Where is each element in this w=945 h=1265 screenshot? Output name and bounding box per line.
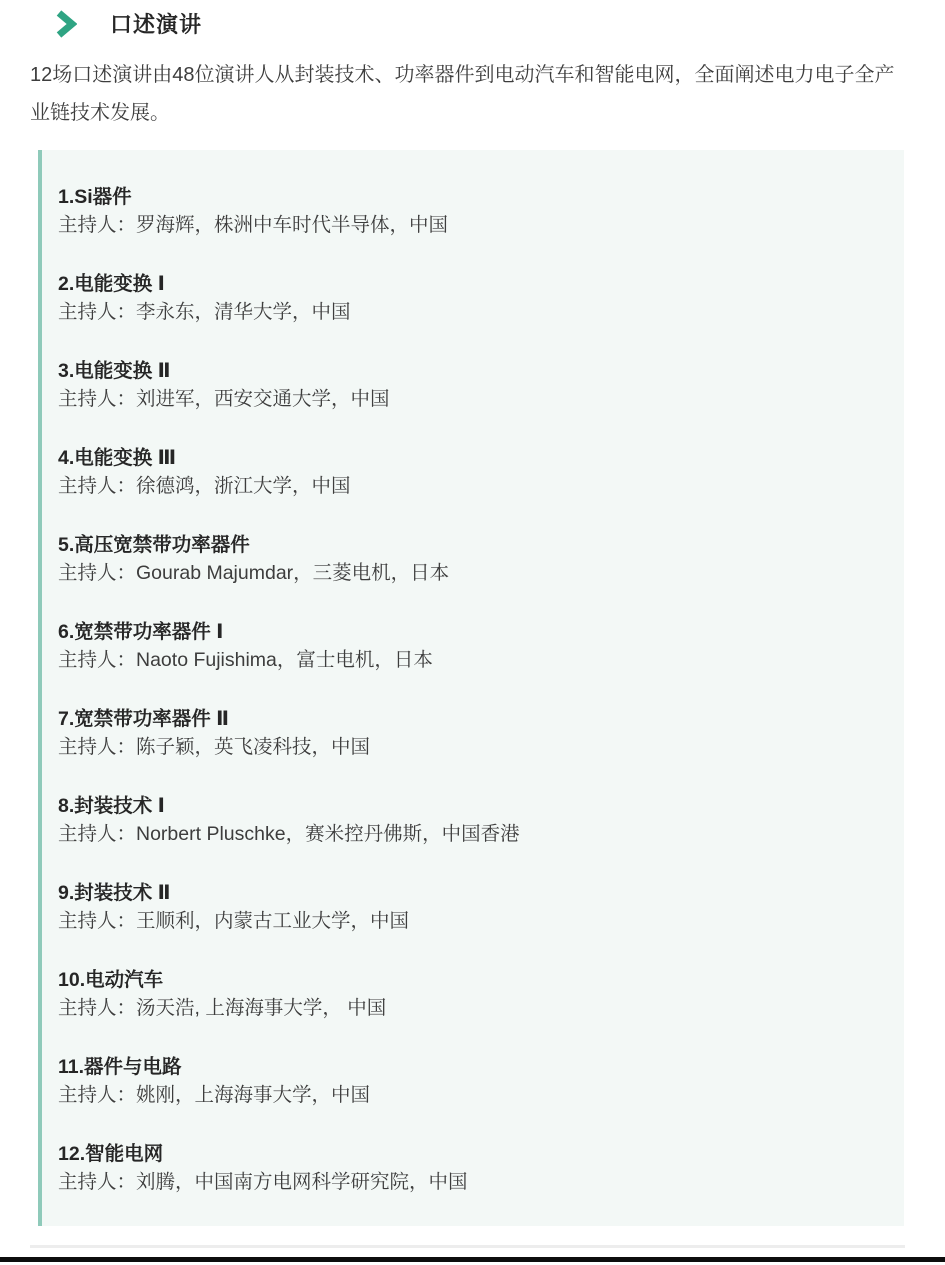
- session-title: 3.电能变换 Ⅱ: [58, 357, 884, 385]
- session-chair: 主持人：刘进军，西安交通大学，中国: [58, 385, 884, 413]
- horizontal-divider: [30, 1245, 905, 1248]
- page-title: 口述演讲: [110, 8, 202, 39]
- session-title: 2.电能变换 Ⅰ: [58, 270, 884, 298]
- session-title: 7.宽禁带功率器件 Ⅱ: [58, 705, 884, 733]
- session-title: 12.智能电网: [58, 1140, 884, 1168]
- session-chair: 主持人：Norbert Pluschke，赛米控丹佛斯，中国香港: [58, 820, 884, 848]
- session-chair: 主持人：Gourab Majumdar，三菱电机，日本: [58, 559, 884, 587]
- session-item: 12.智能电网 主持人：刘腾，中国南方电网科学研究院，中国: [58, 1140, 884, 1196]
- session-item: 11.器件与电路 主持人：姚刚，上海海事大学，中国: [58, 1053, 884, 1109]
- session-chair: 主持人：刘腾，中国南方电网科学研究院，中国: [58, 1168, 884, 1196]
- session-title: 1.Si器件: [58, 183, 884, 211]
- page: 口述演讲 12场口述演讲由48位演讲人从封装技术、功率器件到电动汽车和智能电网，…: [0, 0, 945, 1265]
- session-panel: 1.Si器件 主持人：罗海辉，株洲中车时代半导体，中国 2.电能变换 Ⅰ 主持人…: [38, 150, 904, 1226]
- session-item: 1.Si器件 主持人：罗海辉，株洲中车时代半导体，中国: [58, 183, 884, 239]
- bottom-border-bar: [0, 1257, 945, 1262]
- session-chair: 主持人：汤天浩, 上海海事大学， 中国: [58, 994, 884, 1022]
- session-title: 10.电动汽车: [58, 966, 884, 994]
- session-item: 8.封装技术 Ⅰ 主持人：Norbert Pluschke，赛米控丹佛斯，中国香…: [58, 792, 884, 848]
- session-title: 9.封装技术 Ⅱ: [58, 879, 884, 907]
- session-item: 5.高压宽禁带功率器件 主持人：Gourab Majumdar，三菱电机，日本: [58, 531, 884, 587]
- session-title: 8.封装技术 Ⅰ: [58, 792, 884, 820]
- session-item: 10.电动汽车 主持人：汤天浩, 上海海事大学， 中国: [58, 966, 884, 1022]
- session-item: 9.封装技术 Ⅱ 主持人：王顺利，内蒙古工业大学，中国: [58, 879, 884, 935]
- session-chair: 主持人：姚刚，上海海事大学，中国: [58, 1081, 884, 1109]
- session-chair: 主持人：徐德鸿，浙江大学，中国: [58, 472, 884, 500]
- session-chair: 主持人：Naoto Fujishima，富士电机，日本: [58, 646, 884, 674]
- intro-paragraph: 12场口述演讲由48位演讲人从封装技术、功率器件到电动汽车和智能电网，全面阐述电…: [30, 56, 912, 132]
- session-title: 5.高压宽禁带功率器件: [58, 531, 884, 559]
- session-chair: 主持人：陈子颖，英飞凌科技，中国: [58, 733, 884, 761]
- session-item: 7.宽禁带功率器件 Ⅱ 主持人：陈子颖，英飞凌科技，中国: [58, 705, 884, 761]
- session-title: 6.宽禁带功率器件 Ⅰ: [58, 618, 884, 646]
- session-item: 6.宽禁带功率器件 Ⅰ 主持人：Naoto Fujishima，富士电机，日本: [58, 618, 884, 674]
- session-title: 11.器件与电路: [58, 1053, 884, 1081]
- session-title: 4.电能变换 Ⅲ: [58, 444, 884, 472]
- session-item: 2.电能变换 Ⅰ 主持人：李永东，清华大学，中国: [58, 270, 884, 326]
- session-chair: 主持人：李永东，清华大学，中国: [58, 298, 884, 326]
- section-header: 口述演讲: [55, 8, 202, 39]
- session-chair: 主持人：王顺利，内蒙古工业大学，中国: [58, 907, 884, 935]
- session-chair: 主持人：罗海辉，株洲中车时代半导体，中国: [58, 211, 884, 239]
- chevron-right-icon: [55, 10, 77, 38]
- session-item: 3.电能变换 Ⅱ 主持人：刘进军，西安交通大学，中国: [58, 357, 884, 413]
- session-item: 4.电能变换 Ⅲ 主持人：徐德鸿，浙江大学，中国: [58, 444, 884, 500]
